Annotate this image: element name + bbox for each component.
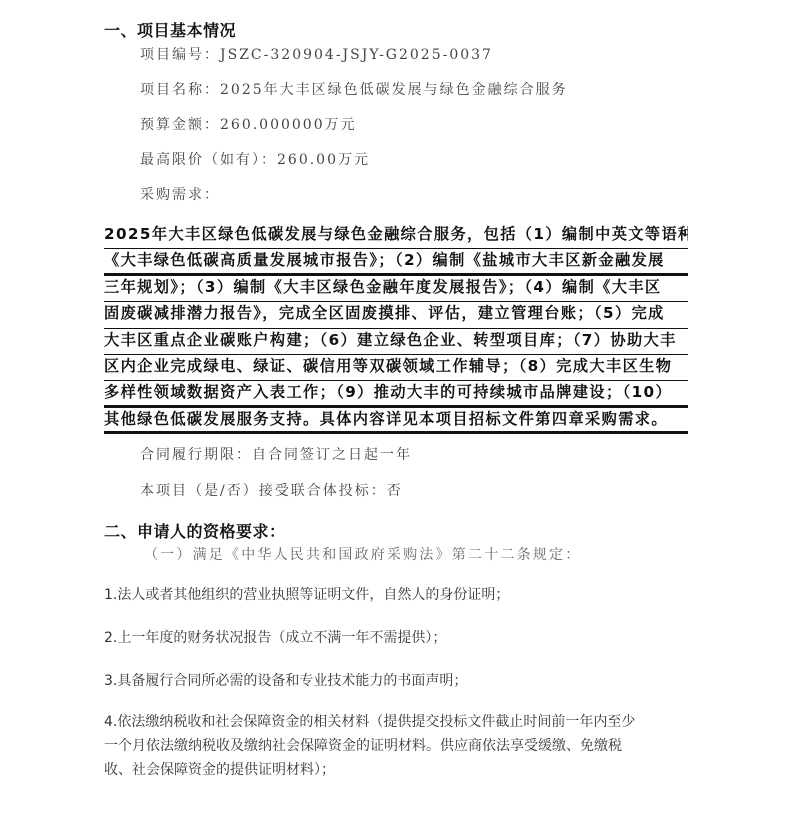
project-name-field: 项目名称：2025年大丰区绿色低碳发展与绿色金融综合服务 bbox=[140, 79, 568, 99]
project-number-field: 项目编号：JSZC-320904-JSJY-G2025-0037 bbox=[140, 44, 493, 64]
procurement-line: 固废碳减排潜力报告》，完成全区固废摸排、评估，建立管理台账；（5）完成 bbox=[104, 302, 688, 328]
consortium-label: 本项目（是/否）接受联合体投标： bbox=[140, 483, 387, 499]
contract-term-value: 自合同签订之日起一年 bbox=[252, 447, 412, 463]
consortium-field: 本项目（是/否）接受联合体投标：否 bbox=[140, 480, 403, 500]
section2-subheading: （一）满足《中华人民共和国政府采购法》第二十二条规定： bbox=[144, 544, 581, 564]
requirement-item-4: 4.依法缴纳税收和社会保障资金的相关材料（提供提交投标文件截止时间前一年内至少 … bbox=[104, 710, 704, 782]
budget-label: 预算金额： bbox=[140, 117, 220, 133]
procurement-line: 大丰区重点企业碳账户构建；（6）建立绿色企业、转型项目库；（7）协助大丰 bbox=[104, 329, 688, 355]
procurement-needs-paragraph: 2025年大丰区绿色低碳发展与绿色金融综合服务，包括（1）编制中英文等语种 《大… bbox=[104, 223, 688, 434]
section2-heading: 二、申请人的资格要求： bbox=[104, 519, 286, 542]
consortium-value: 否 bbox=[387, 483, 403, 499]
requirement-item: 1.法人或者其他组织的营业执照等证明文件，自然人的身份证明； bbox=[104, 584, 509, 604]
requirement-line: 4.依法缴纳税收和社会保障资金的相关材料（提供提交投标文件截止时间前一年内至少 bbox=[104, 710, 704, 734]
max-price-field: 最高限价（如有）：260.00万元 bbox=[140, 149, 370, 169]
max-price-label: 最高限价（如有）： bbox=[140, 152, 277, 168]
contract-term-field: 合同履行期限：自合同签订之日起一年 bbox=[140, 444, 412, 464]
procurement-line: 其他绿色低碳发展服务支持。具体内容详见本项目招标文件第四章采购需求。 bbox=[104, 408, 688, 434]
project-name-label: 项目名称： bbox=[140, 82, 220, 98]
requirement-item: 2.上一年度的财务状况报告（成立不满一年不需提供）； bbox=[104, 627, 446, 647]
requirement-line: 一个月依法缴纳税收及缴纳社会保障资金的证明材料。供应商依法享受缓缴、免缴税 bbox=[104, 734, 704, 758]
project-number-label: 项目编号： bbox=[140, 47, 220, 63]
requirement-line: 收、社会保障资金的提供证明材料）； bbox=[104, 758, 704, 782]
project-number-value: JSZC-320904-JSJY-G2025-0037 bbox=[220, 47, 493, 63]
budget-value: 260.000000万元 bbox=[220, 117, 357, 133]
procurement-line: 2025年大丰区绿色低碳发展与绿色金融综合服务，包括（1）编制中英文等语种 bbox=[104, 223, 688, 249]
procurement-needs-label: 采购需求： bbox=[140, 187, 220, 203]
requirement-item: 3.具备履行合同所必需的设备和专业技术能力的书面声明； bbox=[104, 670, 467, 690]
max-price-value: 260.00万元 bbox=[277, 152, 370, 168]
project-name-value: 2025年大丰区绿色低碳发展与绿色金融综合服务 bbox=[220, 82, 568, 98]
section1-heading: 一、项目基本情况 bbox=[104, 18, 236, 41]
procurement-line: 《大丰绿色低碳高质量发展城市报告》；（2）编制《盐城市大丰区新金融发展 bbox=[104, 249, 688, 275]
procurement-line: 三年规划》；（3）编制《大丰区绿色金融年度发展报告》；（4）编制《大丰区 bbox=[104, 276, 688, 302]
document-page: 一、项目基本情况 项目编号：JSZC-320904-JSJY-G2025-003… bbox=[0, 0, 793, 833]
procurement-line: 多样性领域数据资产入表工作；（9）推动大丰的可持续城市品牌建设；（10） bbox=[104, 381, 688, 407]
procurement-needs-field: 采购需求： bbox=[140, 184, 220, 204]
contract-term-label: 合同履行期限： bbox=[140, 447, 252, 463]
procurement-line: 区内企业完成绿电、绿证、碳信用等双碳领域工作辅导；（8）完成大丰区生物 bbox=[104, 355, 688, 381]
budget-field: 预算金额：260.000000万元 bbox=[140, 114, 357, 134]
